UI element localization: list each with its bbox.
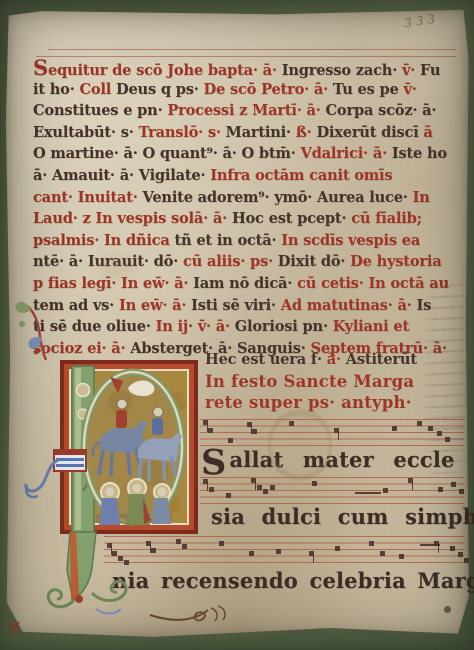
neume bbox=[151, 548, 156, 553]
text-span: cū aliis· ps· bbox=[183, 253, 278, 270]
text-span: Venite adorem⁹· ymō· Aurea luce· bbox=[143, 189, 413, 206]
neume bbox=[399, 554, 404, 559]
neume bbox=[219, 541, 224, 546]
neume-stem bbox=[412, 481, 414, 490]
text-span: ā bbox=[423, 124, 432, 141]
text-span: Dixerūt discī bbox=[316, 124, 423, 141]
text-span: Gloriosi pn· bbox=[235, 318, 333, 335]
text-span: Isti sē viri· bbox=[191, 297, 281, 314]
text-span: In festo Sancte Marga bbox=[205, 372, 414, 391]
neume bbox=[208, 428, 213, 433]
text-span: Tu es pe bbox=[333, 81, 404, 98]
text-span: Constitues e pn· bbox=[33, 102, 167, 119]
text-span: Laud· z In vespis solā· ā· bbox=[33, 210, 232, 227]
text-span: Dixit dō· bbox=[278, 253, 350, 270]
text-span: Translō· s· bbox=[138, 124, 225, 141]
text-line: Constitues e pn· Processi z Martī· ā· Co… bbox=[33, 100, 461, 122]
chant-line-3: nia recensendo celebria Margarete bbox=[112, 568, 474, 593]
text-line: ti sē due oliue· In ij· v̄· ā· Gloriosi … bbox=[33, 316, 461, 338]
neume-stem bbox=[255, 481, 257, 490]
marginalia-cursive-notes bbox=[424, 282, 470, 480]
text-span: In ij· v̄· ā· bbox=[156, 318, 235, 335]
text-span: O martine· ā· O quant⁹· ā· O btm̄· bbox=[33, 145, 300, 162]
red-corner-mark bbox=[10, 622, 19, 633]
text-span: De scō Petro· ā· bbox=[204, 81, 333, 98]
parchment-speck bbox=[444, 606, 451, 613]
neume bbox=[228, 438, 233, 443]
text-span: Ingresso zach· bbox=[282, 62, 402, 79]
neume bbox=[209, 487, 214, 492]
text-span: Iam nō dicā· bbox=[193, 275, 297, 292]
text-line: Sequitur de scō Johe bapta· ā· Ingresso … bbox=[33, 57, 461, 79]
text-span: In scdīs vespis ea bbox=[281, 232, 420, 249]
text-span: ā· bbox=[327, 351, 346, 368]
neume bbox=[355, 492, 381, 494]
text-span: Martini· bbox=[226, 124, 296, 141]
neume bbox=[226, 493, 231, 498]
chant-text: allat mater eccle bbox=[229, 447, 454, 472]
chant-line-2: sia dulci cum simpho bbox=[211, 504, 474, 529]
text-span: ß· bbox=[296, 124, 317, 141]
text-span: cant· Inuitat· bbox=[33, 189, 143, 206]
text-span: ntē· ā· Iurauit· dō· bbox=[33, 253, 183, 270]
neume-stem bbox=[338, 431, 340, 440]
ruling-line-top bbox=[48, 49, 456, 50]
text-span: Ad matutinas· ā· bbox=[281, 297, 417, 314]
neume bbox=[450, 546, 455, 551]
neume bbox=[249, 551, 254, 556]
neume bbox=[124, 560, 129, 565]
text-span: ā· Amauit· ā· Vigilate· bbox=[33, 167, 210, 184]
neume bbox=[289, 421, 294, 426]
text-line: psalmis· In dñica tñ et in octā· In scdī… bbox=[33, 230, 461, 252]
text-span: Deus q ps· bbox=[116, 81, 204, 98]
text-span: Astiterūt bbox=[346, 351, 417, 368]
neume bbox=[417, 421, 422, 426]
neume bbox=[182, 544, 187, 549]
text-span: cū fīalib; bbox=[351, 210, 422, 227]
chant-line-1: Sallat mater eccle bbox=[201, 447, 455, 473]
text-span: Hoc est pcept· bbox=[232, 210, 351, 227]
text-span: ti sē due oliue· bbox=[33, 318, 156, 335]
chant-text: sia dulci cum simpho bbox=[211, 504, 474, 529]
neume bbox=[464, 558, 469, 563]
neume bbox=[112, 551, 117, 556]
neume bbox=[380, 551, 385, 556]
text-span: In bbox=[413, 189, 430, 206]
text-span: Vdalrici· ā· bbox=[300, 145, 391, 162]
text-span: p fias legī· In ew̄· ā· bbox=[33, 275, 193, 292]
neume-stem bbox=[207, 482, 209, 491]
music-staff bbox=[200, 477, 464, 504]
text-span: Iste ho bbox=[392, 145, 447, 162]
neume bbox=[383, 488, 388, 493]
text-span: tem ad vs· bbox=[33, 297, 119, 314]
text-line: O martine· ā· O quant⁹· ā· O btm̄· Vdalr… bbox=[33, 143, 461, 165]
main-text-block: Sequitur de scō Johe bapta· ā· Ingresso … bbox=[33, 57, 461, 359]
text-span: Processi z Martī· ā· bbox=[167, 102, 325, 119]
text-span: In ew̄· ā· bbox=[119, 297, 191, 314]
text-span: tñ et in octā· bbox=[174, 232, 281, 249]
neume bbox=[369, 541, 374, 546]
neume-stem bbox=[313, 554, 315, 563]
text-span: Kyliani et bbox=[333, 318, 409, 335]
text-span: Infra octām canit omīs bbox=[210, 167, 392, 184]
neume bbox=[392, 426, 397, 431]
text-span: S bbox=[33, 57, 48, 79]
text-line: Laud· z In vespis solā· ā· Hoc est pcept… bbox=[33, 208, 461, 230]
neume bbox=[270, 485, 275, 490]
text-span: Fu bbox=[420, 62, 440, 79]
text-line: cant· Inuitat· Venite adorem⁹· ymō· Aure… bbox=[33, 187, 461, 209]
text-span: v̄· bbox=[402, 62, 420, 79]
text-line: ntē· ā· Iurauit· dō· cū aliis· ps· Dixit… bbox=[33, 251, 461, 273]
neume bbox=[276, 549, 281, 554]
neume bbox=[335, 546, 340, 551]
neume bbox=[176, 539, 181, 544]
text-span: Hec est uera f· bbox=[205, 351, 327, 368]
neume bbox=[257, 485, 262, 490]
text-span: Exultabūt· s· bbox=[33, 124, 138, 141]
neume bbox=[118, 556, 123, 561]
text-line: it ho· Coll Deus q ps· De scō Petro· ā· … bbox=[33, 79, 461, 101]
chant-initial: S bbox=[201, 442, 226, 483]
neume bbox=[312, 481, 317, 486]
chant-text: nia recensendo celebria Margarete bbox=[112, 568, 474, 593]
neume bbox=[263, 489, 268, 494]
text-line: p fias legī· In ew̄· ā· Iam nō dicā· cū … bbox=[33, 273, 461, 295]
neume bbox=[451, 482, 456, 487]
text-span: psalmis· In dñica bbox=[33, 232, 174, 249]
text-line: Exultabūt· s· Translō· s· Martini· ß· Di… bbox=[33, 122, 461, 144]
text-span: socioz ei· ā· bbox=[33, 340, 130, 357]
text-span: v̄· bbox=[403, 81, 416, 98]
text-span: rete super ps· antyph· bbox=[205, 393, 412, 412]
initial-letter-value: P bbox=[0, 292, 1, 293]
text-span: De hystoria bbox=[350, 253, 441, 270]
text-span: Corpa scōz· ā· bbox=[326, 102, 437, 119]
text-span: it ho· bbox=[33, 81, 79, 98]
text-line: ā· Amauit· ā· Vigilate· Infra octām cani… bbox=[33, 165, 461, 187]
neume bbox=[458, 552, 463, 557]
manuscript-photo: 333 Sequitur de scō Johe bapta· ā· Ingre… bbox=[0, 0, 474, 650]
text-span: equitur de scō Johe bapta· ā· bbox=[48, 62, 282, 79]
text-span: Coll bbox=[79, 81, 116, 98]
neume bbox=[459, 489, 464, 494]
text-line: tem ad vs· In ew̄· ā· Isti sē viri· Ad m… bbox=[33, 295, 461, 317]
neume bbox=[252, 429, 257, 434]
neume bbox=[438, 487, 443, 492]
music-staff bbox=[104, 536, 464, 563]
neume-stem bbox=[438, 544, 440, 553]
